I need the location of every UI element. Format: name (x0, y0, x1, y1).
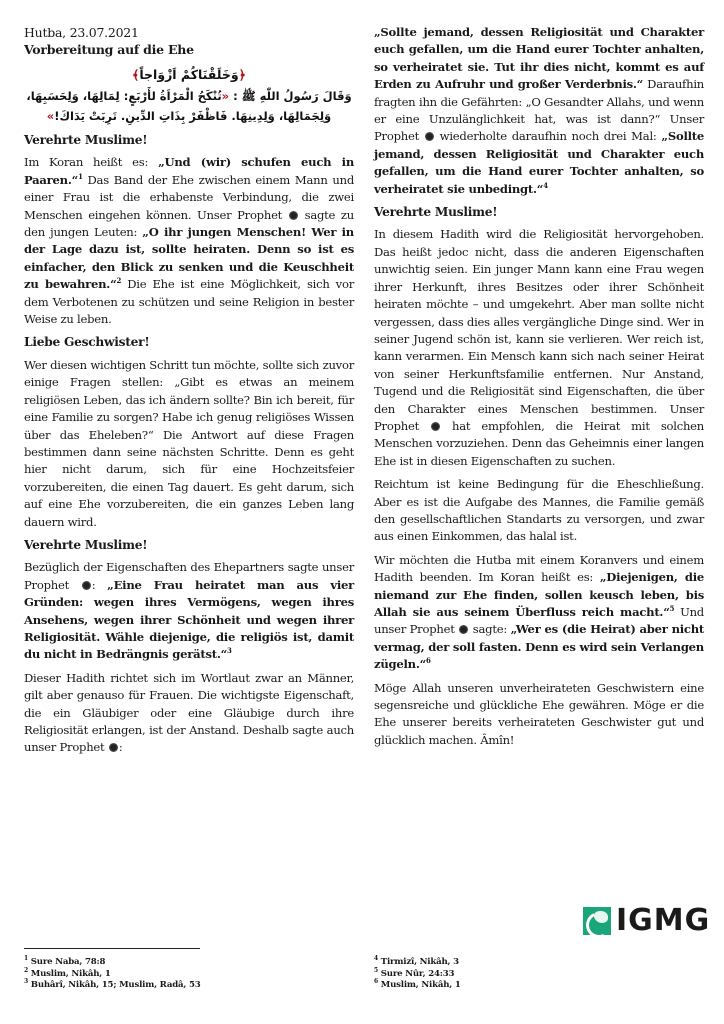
paragraph: Dieser Hadith richtet sich im Wortlaut z… (24, 670, 354, 757)
footnote: 5 Sure Nûr, 24:33 (374, 969, 461, 981)
text-span: : (92, 578, 107, 592)
paragraph: Reichtum ist keine Bedingung für die Ehe… (374, 476, 704, 546)
salawat-icon (431, 422, 440, 431)
footnote-text: Muslim, Nikâh, 1 (378, 980, 461, 990)
footnote-text: Muslim, Nikâh, 1 (28, 969, 111, 979)
quote-mark-open: « (222, 89, 229, 103)
footnote: 3 Buhârî, Nikâh, 15; Muslim, Radâ, 53 (24, 980, 201, 992)
footnote: 1 Sure Naba, 78:8 (24, 957, 201, 969)
salawat-icon (459, 625, 468, 634)
salawat-icon (82, 581, 91, 590)
paragraph: Bezüglich der Eigenschaften des Ehepartn… (24, 559, 354, 663)
section-heading: Verehrte Muslime! (374, 204, 704, 221)
footnote: 2 Muslim, Nikâh, 1 (24, 969, 201, 981)
footnote: 4 Tirmizî, Nikâh, 3 (374, 957, 461, 969)
section-heading: Verehrte Muslime! (24, 537, 354, 554)
right-column: „Sollte jemand, dessen Religiosität und … (374, 24, 704, 755)
footnotes-left: 1 Sure Naba, 78:8 2 Muslim, Nikâh, 1 3 B… (24, 957, 201, 992)
crescent-globe-icon (583, 907, 611, 935)
arabic-hadith-intro: وَقَالَ رَسُولُ اللّٰهِ ﷺ : (233, 89, 352, 103)
section-heading: Verehrte Muslime! (24, 132, 354, 149)
footnote-text: Buhârî, Nikâh, 15; Muslim, Radâ, 53 (28, 980, 201, 990)
arabic-verse: ﴿وَخَلَقْنَاكُمْ اَزْوَاجاً﴾ (24, 64, 354, 86)
footnote: 6 Muslim, Nikâh, 1 (374, 980, 461, 992)
salawat-icon (109, 743, 118, 752)
footnote-ref: 4 (543, 181, 548, 190)
igmg-logo: IGMG (583, 907, 710, 935)
closing-prayer: Möge Allah unseren unverheirateten Gesch… (374, 680, 704, 750)
paragraph: In diesem Hadith wird die Religiosität h… (374, 226, 704, 470)
text-span: Im Koran heißt es: (24, 155, 158, 169)
footnote-text: Sure Naba, 78:8 (28, 957, 105, 967)
paragraph: „Sollte jemand, dessen Religiosität und … (374, 24, 704, 198)
salawat-icon (289, 211, 298, 220)
footnote-text: Sure Nûr, 24:33 (378, 969, 454, 979)
footnotes-right: 4 Tirmizî, Nikâh, 3 5 Sure Nûr, 24:33 6 … (374, 957, 461, 992)
text-span: : (119, 740, 123, 754)
left-column: Hutba, 23.07.2021 Vorbereitung auf die E… (24, 24, 354, 763)
logo-text: IGMG (616, 907, 710, 935)
text-span: sagte: (469, 622, 510, 636)
page-title: Vorbereitung auf die Ehe (24, 41, 354, 58)
section-heading: Liebe Geschwister! (24, 334, 354, 351)
footnote-text: Tirmizî, Nikâh, 3 (378, 957, 459, 967)
salawat-icon (425, 132, 434, 141)
footnote-ref: 3 (227, 647, 232, 656)
footnote-ref: 6 (426, 656, 431, 665)
paragraph: Wer diesen wichtigen Schritt tun möchte,… (24, 357, 354, 531)
date-line: Hutba, 23.07.2021 (24, 24, 354, 41)
arabic-hadith: وَقَالَ رَسُولُ اللّٰهِ ﷺ : «تُنْكَحُ ال… (24, 86, 354, 126)
arabic-verse-text: وَخَلَقْنَاكُمْ اَزْوَاجاً (139, 67, 238, 82)
text-span: Dieser Hadith richtet sich im Wortlaut z… (24, 671, 354, 755)
paragraph: Wir möchten die Hutba mit einem Koranver… (374, 552, 704, 674)
footnote-divider (24, 948, 200, 949)
text-span: In diesem Hadith wird die Religiosität h… (374, 227, 704, 432)
ornament-bracket-open: ﴿ (239, 67, 246, 82)
paragraph: Im Koran heißt es: „Und (wir) schufen eu… (24, 154, 354, 328)
text-span: wiederholte daraufhin noch drei Mal: (435, 129, 662, 143)
